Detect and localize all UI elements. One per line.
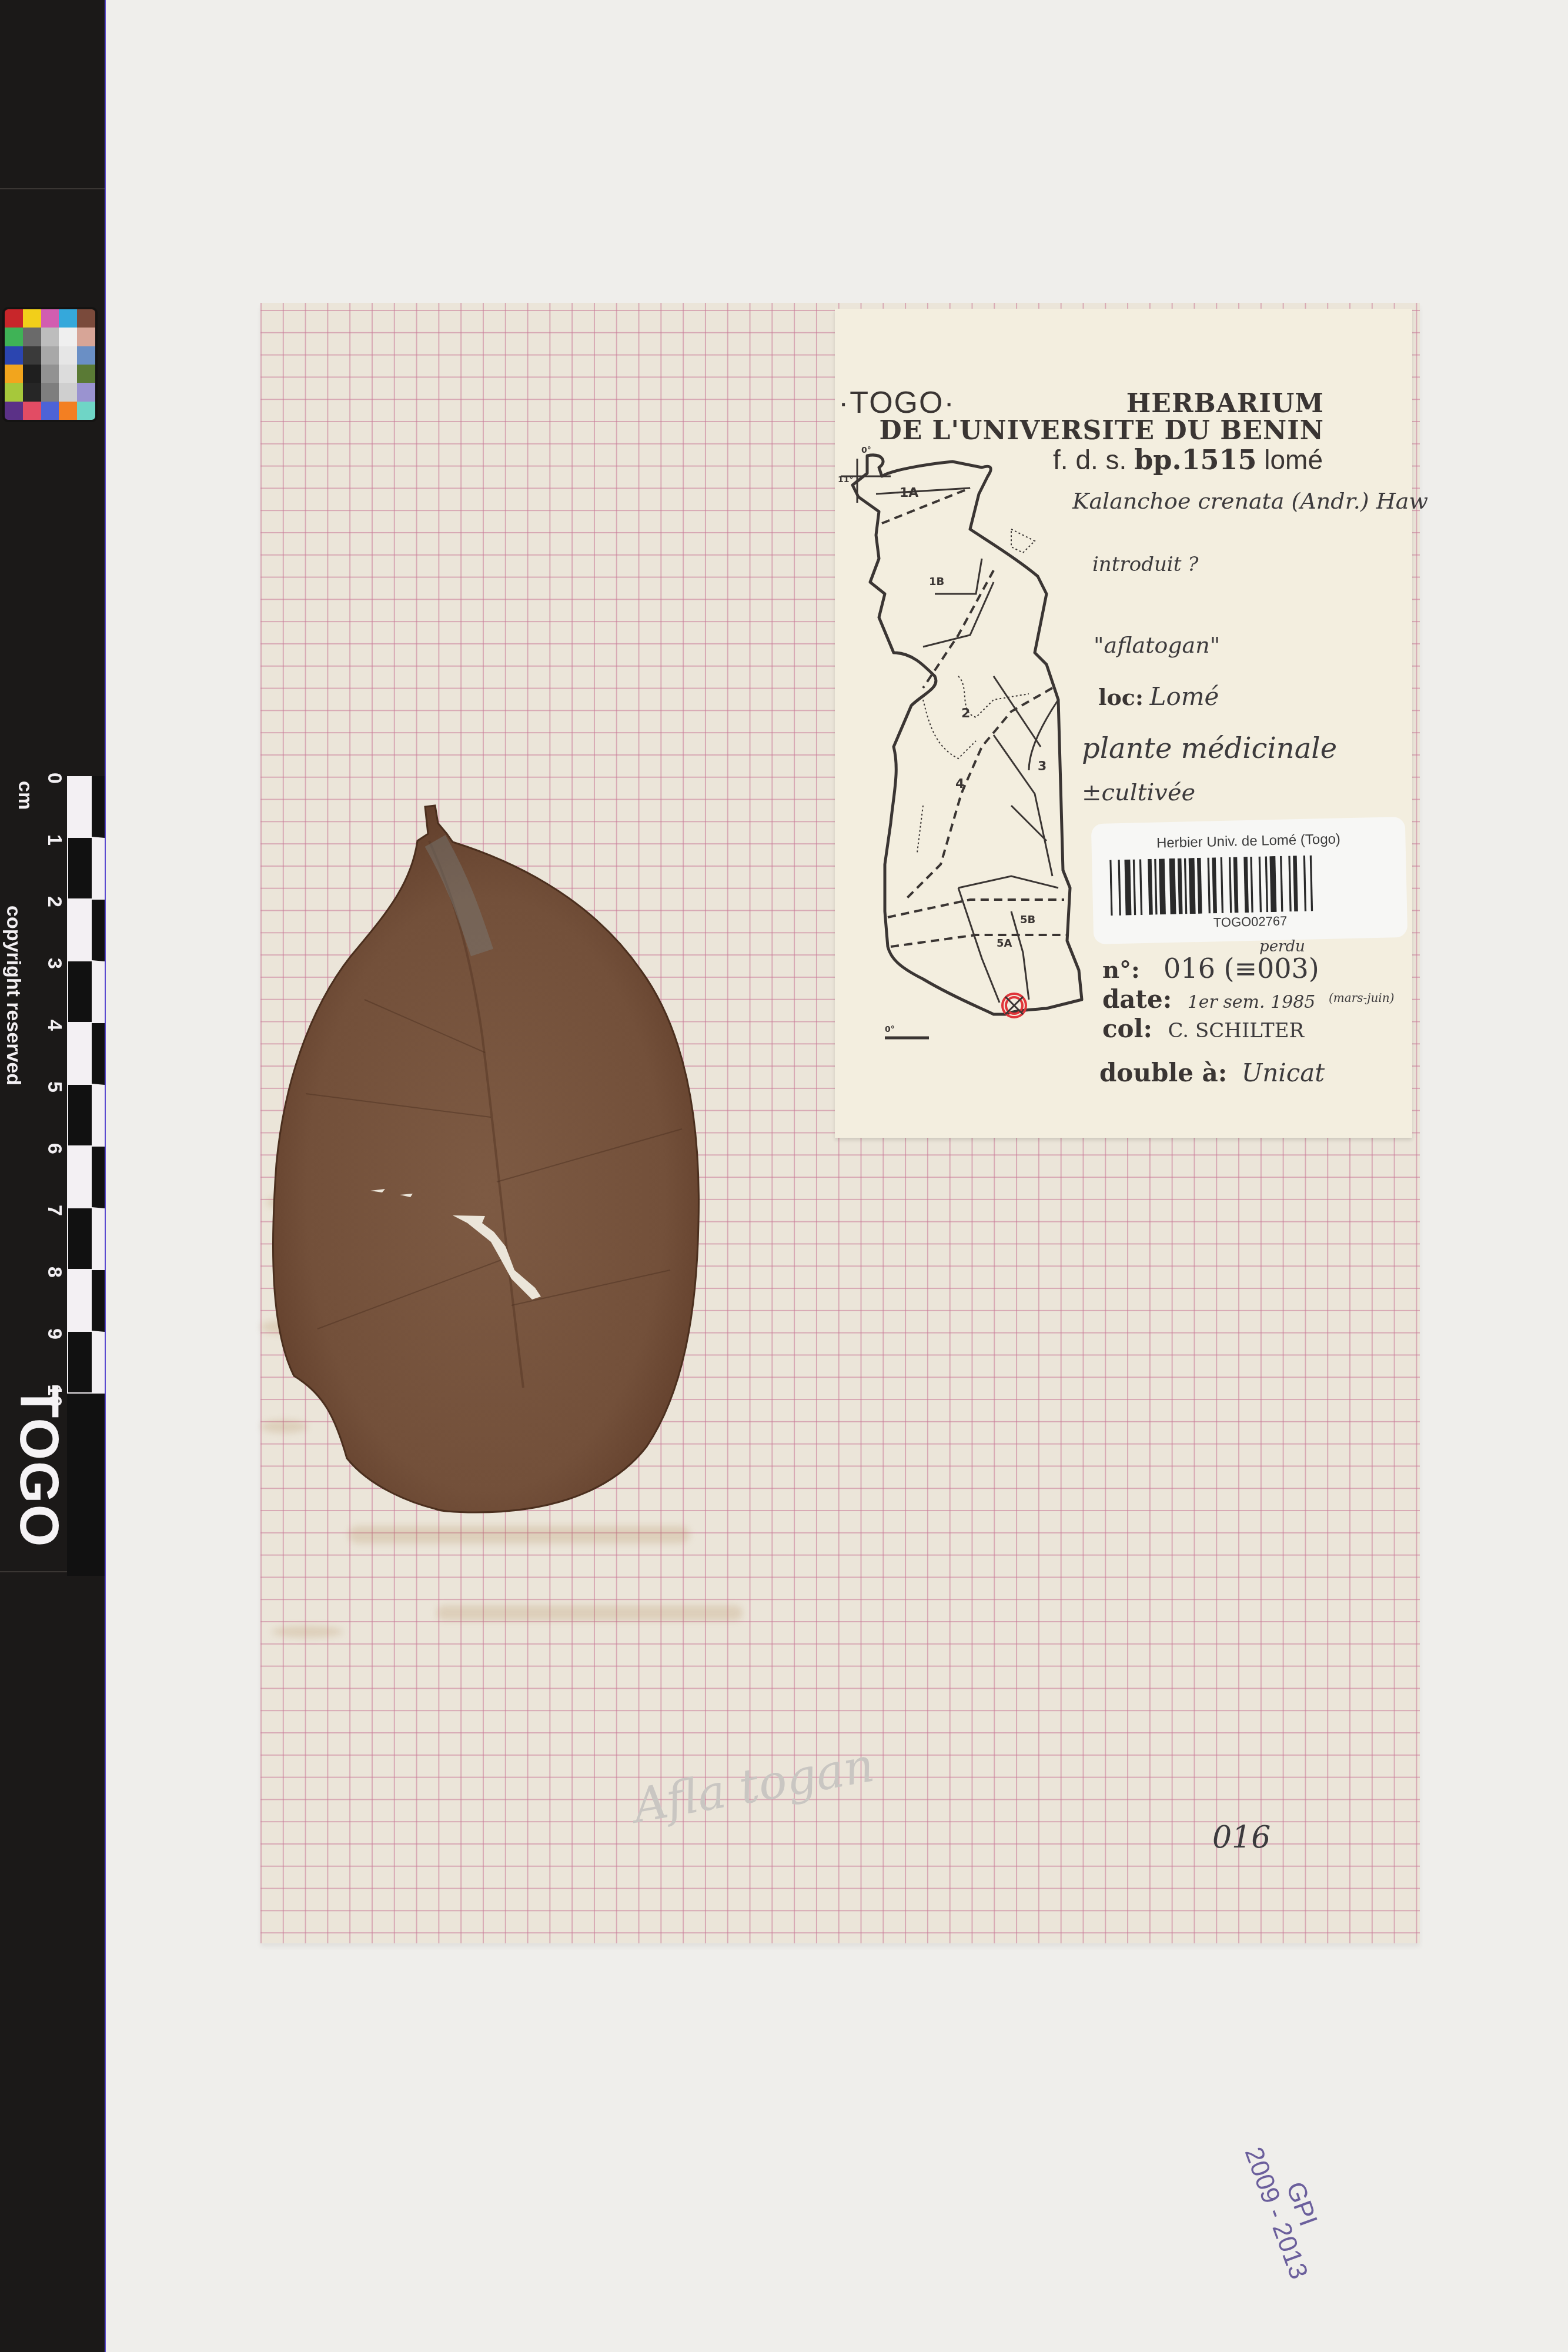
- introduced-note: introduit ?: [1092, 553, 1198, 576]
- color-patch: [59, 328, 77, 346]
- color-patch: [5, 402, 23, 420]
- address-po-box: bp.1515: [1134, 444, 1256, 476]
- collector-value: C. SCHILTER: [1168, 1019, 1305, 1043]
- color-patch: [77, 309, 95, 328]
- water-stain: [272, 1626, 343, 1638]
- color-patch: [23, 383, 41, 401]
- collector-row: col: C. SCHILTER: [1102, 1014, 1304, 1043]
- ruler-tick-label: 8: [43, 1261, 66, 1284]
- color-patch: [59, 383, 77, 401]
- ruler-segment: [67, 900, 105, 961]
- strip-seam: [0, 188, 105, 189]
- ruler-segment: [67, 1147, 105, 1208]
- sheet-number: 016: [1212, 1820, 1271, 1855]
- color-patch: [59, 346, 77, 365]
- color-patch: [59, 309, 77, 328]
- ruler-tick-label: 7: [43, 1199, 66, 1222]
- ruler-segment: [67, 838, 105, 900]
- map-lon-bottom: 0°: [885, 1025, 895, 1034]
- ruler-tick-label: 0: [43, 767, 66, 790]
- locality-label: loc:: [1098, 684, 1144, 710]
- color-patch: [23, 346, 41, 365]
- color-patch-grid: [5, 309, 95, 420]
- color-patch: [23, 328, 41, 346]
- map-lon-top: 0°: [861, 446, 871, 455]
- copyright-text: copyright reserved: [2, 906, 25, 1085]
- map-region-1a: 1A: [900, 486, 918, 500]
- ruler-tick-label: 2: [43, 890, 66, 914]
- cultivation-note: ±cultivée: [1082, 779, 1195, 806]
- color-patch: [5, 365, 23, 383]
- barcode-sticker: Herbier Univ. de Lomé (Togo) TOGO02767: [1091, 817, 1408, 944]
- field-number-label: n°:: [1102, 956, 1140, 984]
- locality-value: Lomé: [1150, 682, 1219, 711]
- color-patch: [41, 346, 59, 365]
- date-row: date: 1er sem. 1985: [1102, 985, 1315, 1014]
- ruler-tick-label: 5: [43, 1075, 66, 1099]
- collector-label: col:: [1102, 1014, 1152, 1043]
- date-annotation: (mars-juin): [1329, 991, 1394, 1005]
- ruler-segment: [67, 776, 105, 838]
- address-city: lomé: [1257, 445, 1323, 475]
- ruler-segment: [67, 1023, 105, 1085]
- date-label: date:: [1102, 985, 1172, 1014]
- color-patch: [23, 402, 41, 420]
- map-region-4: 4: [955, 777, 964, 791]
- color-patch: [59, 402, 77, 420]
- field-number-value: 016 (≡003): [1164, 953, 1319, 984]
- map-region-5b: 5B: [1020, 914, 1035, 926]
- color-patch: [23, 365, 41, 383]
- color-patch: [41, 383, 59, 401]
- collection-locality-marker: [1002, 994, 1026, 1017]
- color-patch: [59, 365, 77, 383]
- ruler-segment: [67, 1085, 105, 1147]
- duplicate-value: Unicat: [1242, 1058, 1325, 1087]
- ruler-bar: [67, 776, 105, 1576]
- color-patch: [5, 309, 23, 328]
- togo-map: 1A 1B 2 3 4 5B 5A 0° 11° 0°: [835, 441, 1088, 1129]
- map-region-5a: 5A: [997, 937, 1012, 950]
- ruler-tick-label: 3: [43, 952, 66, 975]
- color-patch: [41, 365, 59, 383]
- ruler-unit: cm: [14, 781, 36, 810]
- taxon-name: Kalanchoe crenata (Andr.) Haw: [1072, 488, 1428, 514]
- color-patch: [77, 328, 95, 346]
- duplicate-row: double à: Unicat: [1099, 1058, 1325, 1087]
- ruler-tick-label: 6: [43, 1137, 66, 1161]
- color-patch: [77, 365, 95, 383]
- color-patch: [77, 346, 95, 365]
- label-country: ·TOGO·: [838, 385, 955, 420]
- map-region-3: 3: [1038, 759, 1047, 774]
- color-patch: [5, 328, 23, 346]
- use-note: plante médicinale: [1082, 732, 1337, 765]
- color-patch: [41, 328, 59, 346]
- color-patch: [41, 402, 59, 420]
- ruler-tick-label: 4: [43, 1014, 66, 1037]
- herbarium-label: ·TOGO· HERBARIUM DE L'UNIVERSITE DU BENI…: [835, 309, 1412, 1138]
- locality-row: loc: Lomé: [1098, 682, 1219, 711]
- color-patch: [77, 383, 95, 401]
- field-number-annotation: perdu: [1259, 938, 1305, 955]
- color-patch: [41, 309, 59, 328]
- leaf-specimen: [259, 800, 706, 1529]
- ruler-tick-label: 1: [43, 828, 66, 852]
- label-institution-line1: HERBARIUM: [1126, 389, 1324, 419]
- ruler-segment: [67, 1208, 105, 1270]
- color-patch: [5, 346, 23, 365]
- vernacular-name: "aflatogan": [1094, 632, 1220, 658]
- label-address: f. d. s. bp.1515 lomé: [1053, 444, 1323, 476]
- country-tag: TOGO: [8, 1385, 69, 1548]
- color-patch: [5, 383, 23, 401]
- field-number-row: n°: 016 (≡003): [1102, 953, 1319, 984]
- map-region-2: 2: [961, 706, 970, 721]
- gpi-stamp: GPI 2009 - 2013: [1239, 2134, 1338, 2283]
- barcode-institution: Herbier Univ. de Lomé (Togo): [1091, 830, 1405, 853]
- color-calibration-chart: [2, 307, 98, 422]
- ruler-segment: [67, 1332, 105, 1394]
- ruler-segment: [67, 961, 105, 1023]
- barcode-bars: [1109, 855, 1319, 916]
- map-region-1b: 1B: [929, 576, 944, 588]
- water-stain: [437, 1605, 743, 1621]
- duplicate-label: double à:: [1099, 1058, 1227, 1087]
- color-patch: [23, 309, 41, 328]
- ruler-tick-label: 9: [43, 1322, 66, 1346]
- color-patch: [77, 402, 95, 420]
- ruler-segment: [67, 1270, 105, 1332]
- date-value: 1er sem. 1985: [1188, 992, 1316, 1013]
